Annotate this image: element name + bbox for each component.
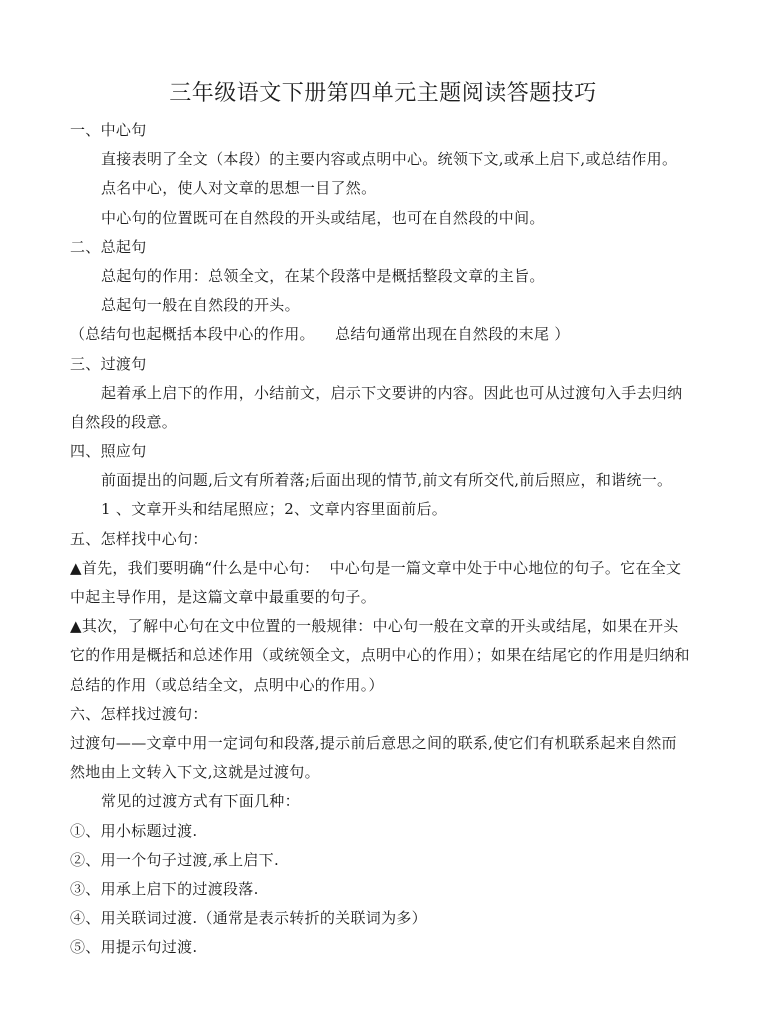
list-item: ②、用一个句子过渡,承上启下. [70,846,690,875]
section-heading: 一、中心句 [70,116,690,145]
paragraph-line: 它的作用是概括和总述作用（或统领全文，点明中心的作用）；如果在结尾它的作用是归纳… [70,641,690,670]
paragraph-line: 总结的作用（或总结全文，点明中心的作用。） [70,671,690,700]
section-heading: 三、过渡句 [70,350,690,379]
section-find-transition-sentence: 六、怎样找过渡句： 过渡句——文章中用一定词句和段落,提示前后意思之间的联系,使… [70,700,690,963]
paragraph-line: 起着承上启下的作用，小结前文，启示下文要讲的内容。因此也可从过渡句入手去归纳 [70,379,690,408]
paragraph-line: 直接表明了全文（本段）的主要内容或点明中心。统领下文,或承上启下,或总结作用。 [70,145,690,174]
paragraph-line: 1 、文章开头和结尾照应；2、文章内容里面前后。 [70,495,690,524]
section-heading: 四、照应句 [70,437,690,466]
section-note: （总结句也起概括本段中心的作用。 总结句通常出现在自然段的末尾 ） [70,320,690,349]
paragraph-line: 过渡句——文章中用一定词句和段落,提示前后意思之间的联系,使它们有机联系起来自然… [70,729,690,758]
section-heading: 六、怎样找过渡句： [70,700,690,729]
document-body: 一、中心句 直接表明了全文（本段）的主要内容或点明中心。统领下文,或承上启下,或… [70,116,690,962]
paragraph-line: 然地由上文转入下文,这就是过渡句。 [70,758,690,787]
paragraph-line: 总起句一般在自然段的开头。 [70,291,690,320]
section-heading: 五、怎样找中心句： [70,525,690,554]
paragraph-line: 常见的过渡方式有下面几种： [70,787,690,816]
section-heading: 二、总起句 [70,233,690,262]
paragraph-line: 总起句的作用：总领全文，在某个段落中是概括整段文章的主旨。 [70,262,690,291]
list-item: ③、用承上启下的过渡段落. [70,875,690,904]
paragraph-line: 前面提出的问题,后文有所着落;后面出现的情节,前文有所交代,前后照应，和谐统一。 [70,466,690,495]
document-page: 三年级语文下册第四单元主题阅读答题技巧 一、中心句 直接表明了全文（本段）的主要… [0,0,766,1024]
paragraph-line: 自然段的段意。 [70,408,690,437]
paragraph-line: ▲首先，我们要明确“什么是中心句： 中心句是一篇文章中处于中心地位的句子。它在全… [70,554,690,583]
section-central-sentence: 一、中心句 直接表明了全文（本段）的主要内容或点明中心。统领下文,或承上启下,或… [70,116,690,233]
paragraph-line: 中起主导作用，是这篇文章中最重要的句子。 [70,583,690,612]
list-item: ⑤、用提示句过渡. [70,933,690,962]
section-opening-summary-sentence: 二、总起句 总起句的作用：总领全文，在某个段落中是概括整段文章的主旨。 总起句一… [70,233,690,350]
paragraph-line: ▲其次，了解中心句在文中位置的一般规律：中心句一般在文章的开头或结尾，如果在开头 [70,612,690,641]
paragraph-line: 中心句的位置既可在自然段的开头或结尾，也可在自然段的中间。 [70,204,690,233]
paragraph-line: 点名中心，使人对文章的思想一目了然。 [70,174,690,203]
list-item: ④、用关联词过渡.（通常是表示转折的关联词为多） [70,904,690,933]
section-find-central-sentence: 五、怎样找中心句： ▲首先，我们要明确“什么是中心句： 中心句是一篇文章中处于中… [70,525,690,700]
section-transition-sentence: 三、过渡句 起着承上启下的作用，小结前文，启示下文要讲的内容。因此也可从过渡句入… [70,350,690,438]
section-echo-sentence: 四、照应句 前面提出的问题,后文有所着落;后面出现的情节,前文有所交代,前后照应… [70,437,690,525]
list-item: ①、用小标题过渡. [70,817,690,846]
document-title: 三年级语文下册第四单元主题阅读答题技巧 [0,79,766,109]
